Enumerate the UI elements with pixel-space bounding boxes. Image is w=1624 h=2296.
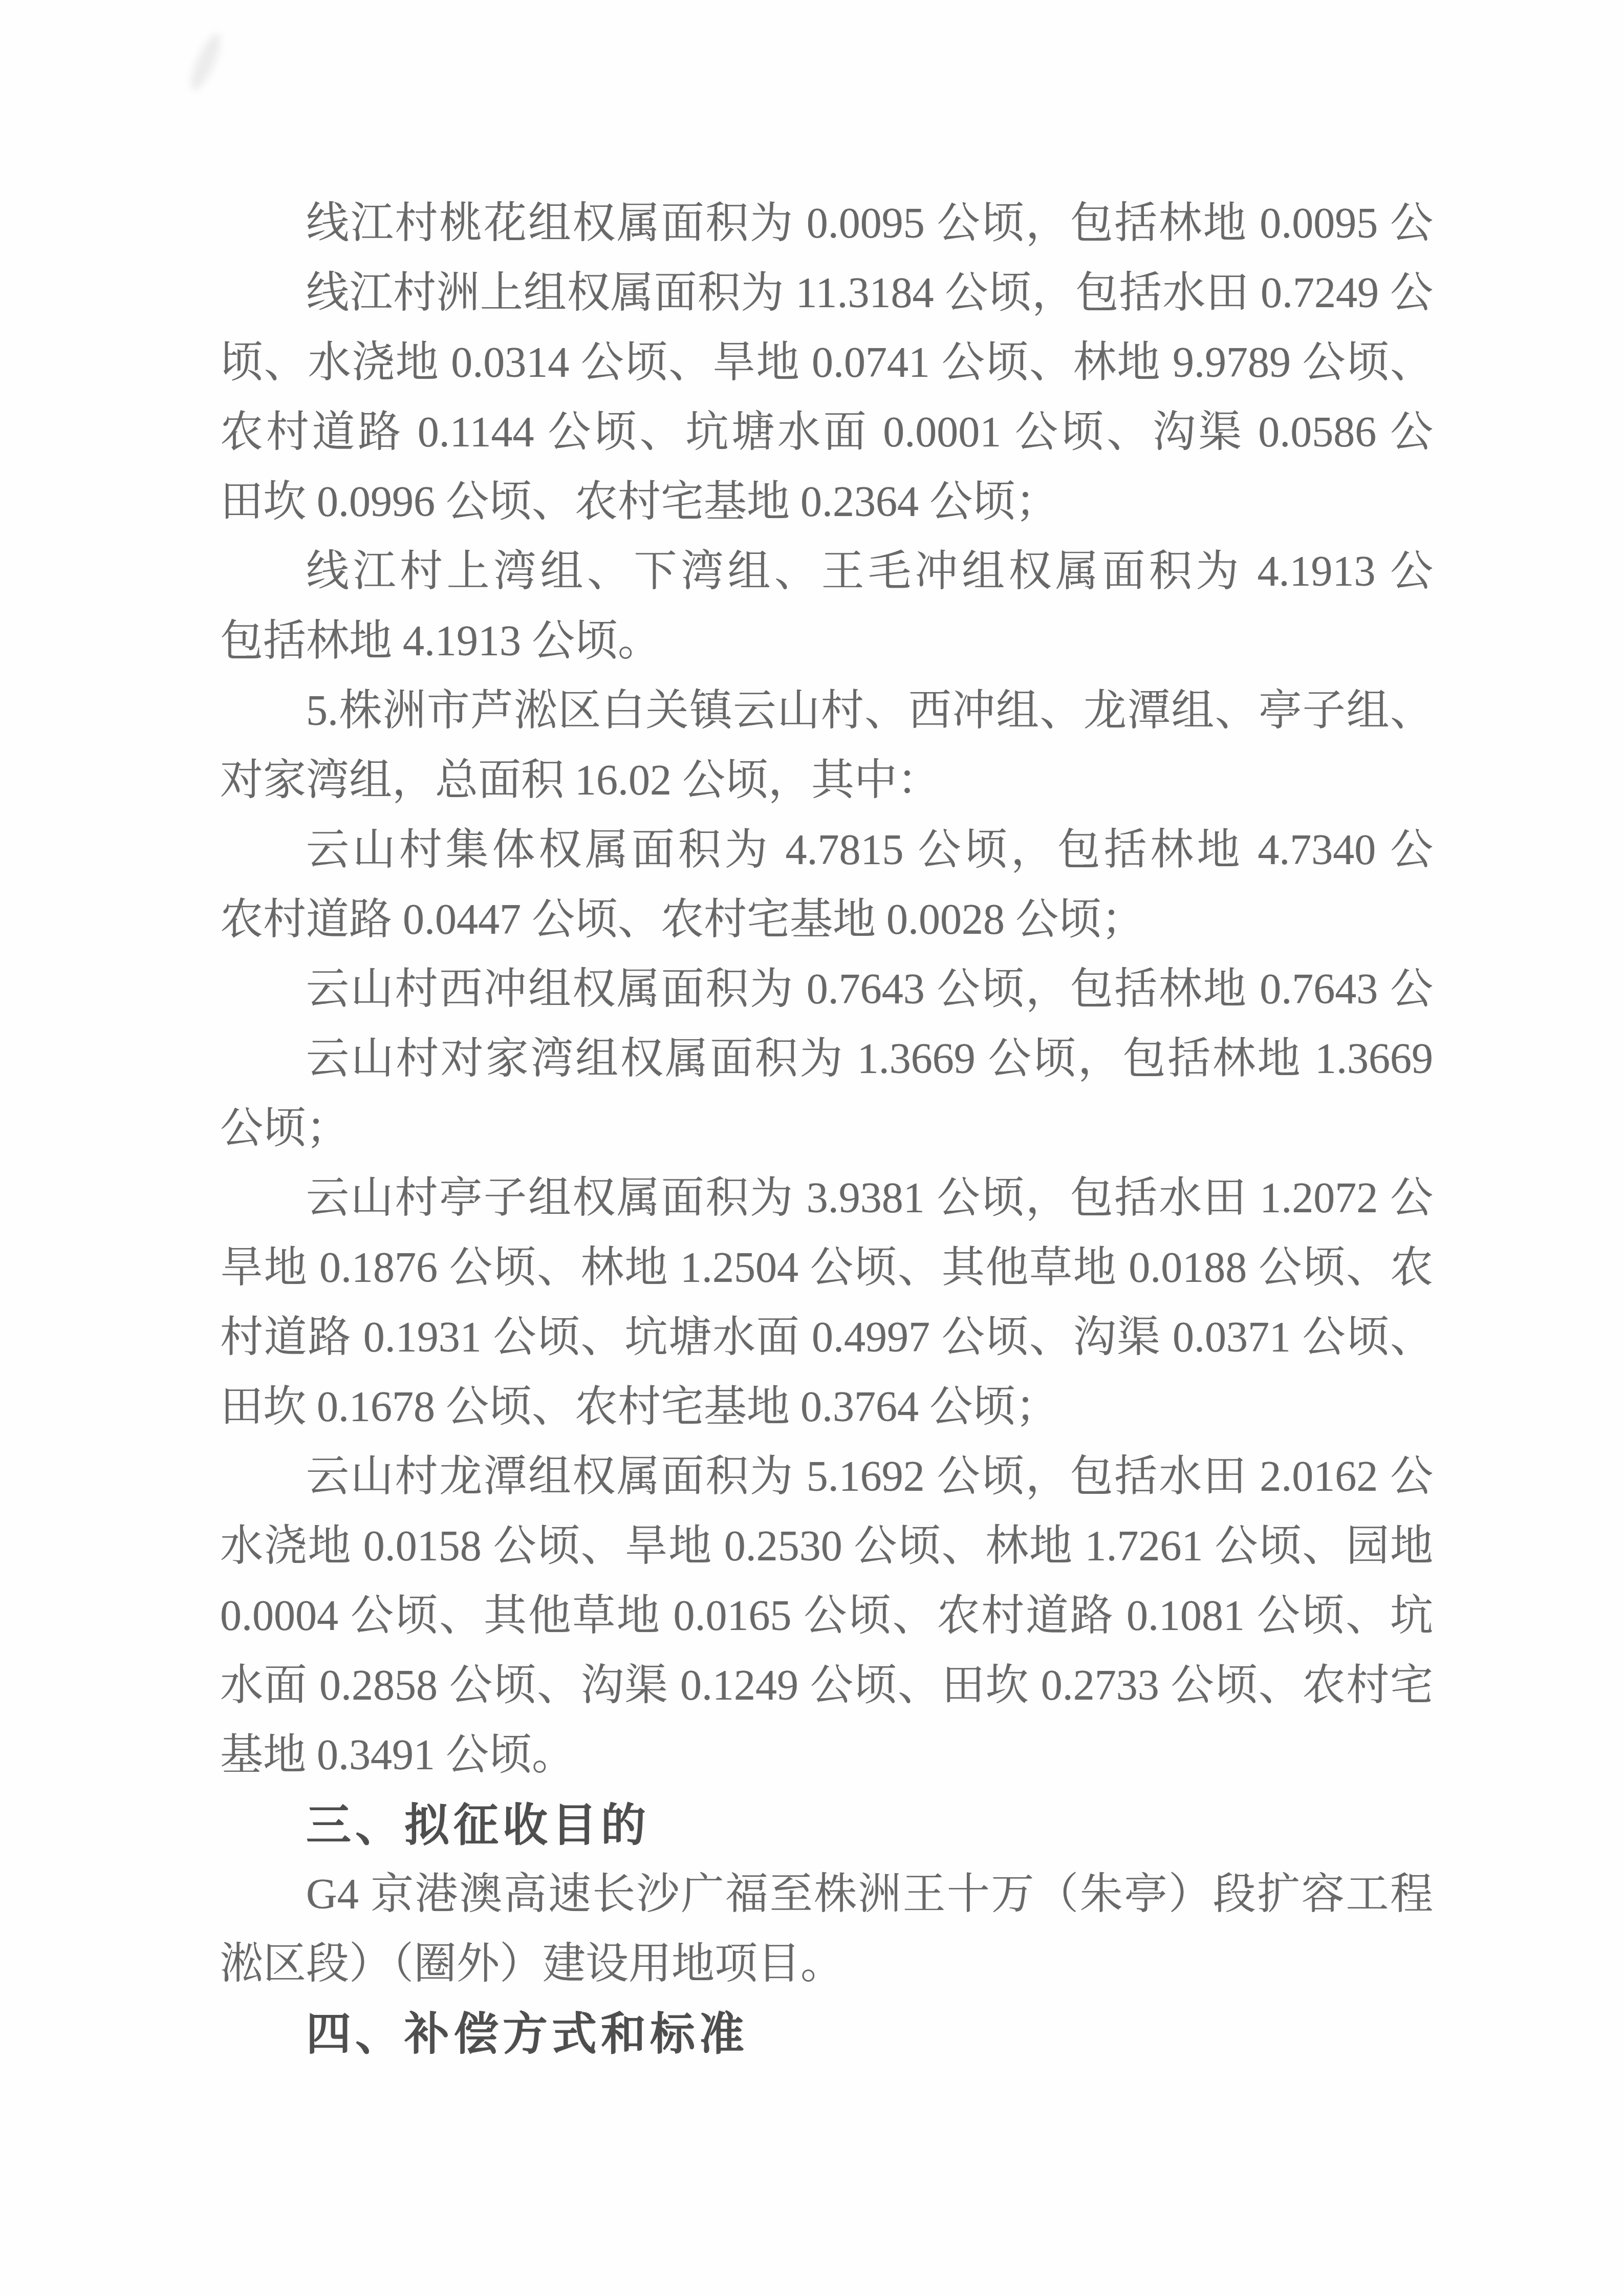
text-line: 村道路 0.1931 公顷、坑塘水面 0.4997 公顷、沟渠 0.0371 公…	[220, 1303, 1433, 1372]
text-line: 对家湾组，总面积 16.02 公顷，其中：	[220, 746, 1433, 816]
text-line: 线江村上湾组、下湾组、王毛冲组权属面积为 4.1913 公顷，	[220, 537, 1433, 607]
text-line: G4 京港澳高速长沙广福至株洲王十万（朱亭）段扩容工程（芦	[220, 1860, 1433, 1929]
text-line: 农村道路 0.0447 公顷、农村宅基地 0.0028 公顷；	[220, 885, 1433, 955]
text-line-item-5: 5.株洲市芦淞区白关镇云山村、西冲组、龙潭组、亭子组、	[220, 676, 1433, 746]
text-line: 包括林地 4.1913 公顷。	[220, 607, 1433, 676]
text-line: 旱地 0.1876 公顷、林地 1.2504 公顷、其他草地 0.0188 公顷…	[220, 1233, 1433, 1303]
scanned-document-page: 线江村桃花组权属面积为 0.0095 公顷，包括林地 0.0095 公顷； 线江…	[0, 0, 1624, 2296]
text-line: 水面 0.2858 公顷、沟渠 0.1249 公顷、田坎 0.2733 公顷、农…	[220, 1651, 1433, 1721]
text-line: 云山村西冲组权属面积为 0.7643 公顷，包括林地 0.7643 公顷；	[220, 955, 1433, 1024]
text-line: 基地 0.3491 公顷。	[220, 1721, 1433, 1790]
text-line: 公顷；	[220, 1094, 1433, 1164]
text-line: 线江村桃花组权属面积为 0.0095 公顷，包括林地 0.0095 公顷；	[220, 189, 1433, 259]
text-line: 云山村对家湾组权属面积为 1.3669 公顷，包括林地 1.3669	[220, 1024, 1433, 1094]
text-line: 云山村集体权属面积为 4.7815 公顷，包括林地 4.7340 公顷、	[220, 816, 1433, 885]
text-line: 0.0004 公顷、其他草地 0.0165 公顷、农村道路 0.1081 公顷、…	[220, 1581, 1433, 1651]
text-line: 云山村亭子组权属面积为 3.9381 公顷，包括水田 1.2072 公顷、	[220, 1164, 1433, 1233]
text-line: 顷、水浇地 0.0314 公顷、旱地 0.0741 公顷、林地 9.9789 公…	[220, 328, 1433, 398]
text-line: 农村道路 0.1144 公顷、坑塘水面 0.0001 公顷、沟渠 0.0586 …	[220, 398, 1433, 467]
text-line: 云山村龙潭组权属面积为 5.1692 公顷，包括水田 2.0162 公顷、	[220, 1442, 1433, 1512]
text-line: 淞区段）（圈外）建设用地项目。	[220, 1929, 1433, 1999]
text-line: 田坎 0.0996 公顷、农村宅基地 0.2364 公顷；	[220, 467, 1433, 537]
text-line: 线江村洲上组权属面积为 11.3184 公顷，包括水田 0.7249 公	[220, 259, 1433, 328]
section-heading-purpose: 三、拟征收目的	[220, 1790, 1433, 1860]
scan-artifact-smudge	[185, 31, 226, 93]
text-line: 田坎 0.1678 公顷、农村宅基地 0.3764 公顷；	[220, 1372, 1433, 1442]
text-line: 水浇地 0.0158 公顷、旱地 0.2530 公顷、林地 1.7261 公顷、…	[220, 1512, 1433, 1581]
section-heading-compensation: 四、补偿方式和标准	[220, 1999, 1433, 2069]
document-text-block: 线江村桃花组权属面积为 0.0095 公顷，包括林地 0.0095 公顷； 线江…	[220, 189, 1433, 2069]
